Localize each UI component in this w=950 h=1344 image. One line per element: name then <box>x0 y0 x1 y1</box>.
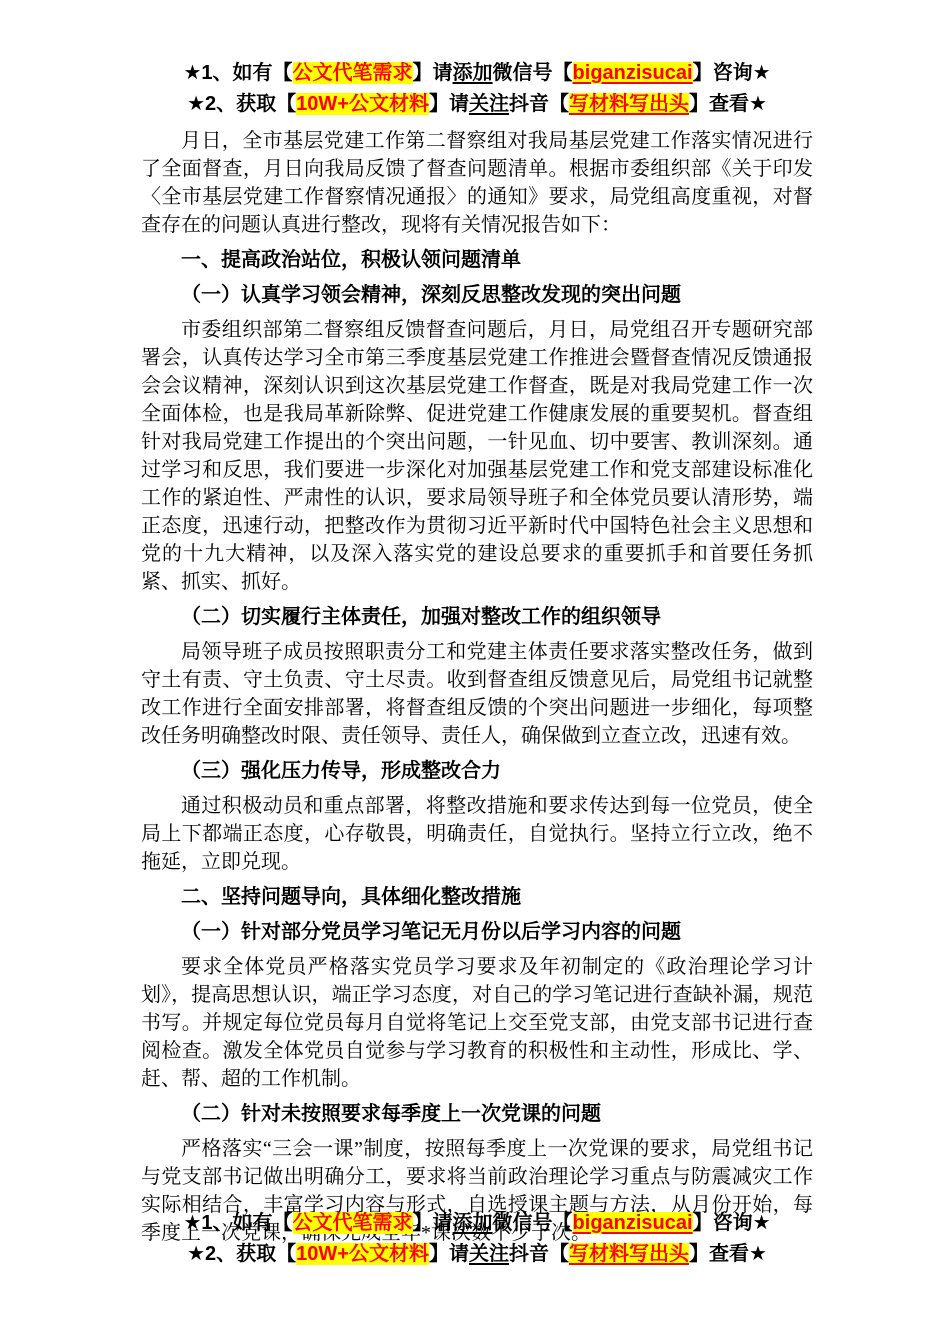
section-heading: 二、坚持问题导向，具体细化整改措施 <box>141 883 813 911</box>
promo-text: 关注 <box>469 1243 509 1265</box>
promo-text: ★2、获取【 <box>187 1243 296 1265</box>
promo-text: 】请 <box>413 1212 453 1234</box>
promo-text: ★1、如有【 <box>183 62 292 84</box>
promo-banner-bottom: ★1、如有【公文代笔需求】请添加微信号【biganzisucai】咨询★★2、获… <box>141 1208 813 1270</box>
page-content: ★1、如有【公文代笔需求】请添加微信号【biganzisucai】咨询★★2、获… <box>141 58 813 1247</box>
promo-text: 】请 <box>429 1243 469 1265</box>
promo-text: 添加 <box>453 1212 493 1234</box>
promo-text: 】咨询★ <box>693 1212 771 1234</box>
promo-highlight-text: 10W+公文材料 <box>296 93 429 115</box>
promo-text: 微信号【 <box>493 62 573 84</box>
promo-highlight-text: 公文代笔需求 <box>293 62 413 84</box>
promo-text: 】请 <box>413 62 453 84</box>
subsection-heading: （三）强化压力传导，形成整改合力 <box>141 757 813 785</box>
promo-text: 抖音【 <box>509 1243 569 1265</box>
promo-highlight-text: 写材料写出头 <box>569 1243 689 1265</box>
promo-text: 抖音【 <box>509 93 569 115</box>
subsection-heading: （二）切实履行主体责任，加强对整改工作的组织领导 <box>141 603 813 631</box>
subsection-heading: （二）针对未按照要求每季度上一次党课的问题 <box>141 1100 813 1128</box>
promo-highlight-text: 公文代笔需求 <box>293 1212 413 1234</box>
subsection-heading: （一）针对部分党员学习笔记无月份以后学习内容的问题 <box>141 918 813 946</box>
promo-text: 】查看★ <box>689 93 767 115</box>
promo-banner-top: ★1、如有【公文代笔需求】请添加微信号【biganzisucai】咨询★★2、获… <box>141 58 813 120</box>
promo-line: ★2、获取【10W+公文材料】请关注抖音【写材料写出头】查看★ <box>141 89 813 120</box>
promo-text: ★2、获取【 <box>187 93 296 115</box>
document-page: ★1、如有【公文代笔需求】请添加微信号【biganzisucai】咨询★★2、获… <box>0 0 950 1344</box>
promo-text: ★1、如有【 <box>183 1212 292 1234</box>
promo-line: ★1、如有【公文代笔需求】请添加微信号【biganzisucai】咨询★ <box>141 58 813 89</box>
promo-highlight-text: biganzisucai <box>573 62 693 84</box>
promo-highlight-text: 10W+公文材料 <box>296 1243 429 1265</box>
promo-text: 】咨询★ <box>693 62 771 84</box>
promo-text: 】请 <box>429 93 469 115</box>
section-heading: 一、提高政治站位，积极认领问题清单 <box>141 246 813 274</box>
promo-highlight-text: biganzisucai <box>573 1212 693 1234</box>
paragraph: 局领导班子成员按照职责分工和党建主体责任要求落实整改任务，做到守土有责、守土负责… <box>141 638 813 750</box>
promo-line: ★2、获取【10W+公文材料】请关注抖音【写材料写出头】查看★ <box>141 1239 813 1270</box>
promo-text: 微信号【 <box>493 1212 573 1234</box>
paragraph: 市委组织部第二督察组反馈督查问题后，月日，局党组召开专题研究部署会，认真传达学习… <box>141 316 813 596</box>
promo-text: 添加 <box>453 62 493 84</box>
paragraph: 月日，全市基层党建工作第二督察组对我局基层党建工作落实情况进行了全面督查，月日向… <box>141 127 813 239</box>
promo-text: 】查看★ <box>689 1243 767 1265</box>
promo-highlight-text: 写材料写出头 <box>569 93 689 115</box>
promo-line: ★1、如有【公文代笔需求】请添加微信号【biganzisucai】咨询★ <box>141 1208 813 1239</box>
promo-text: 关注 <box>469 93 509 115</box>
paragraph: 要求全体党员严格落实党员学习要求及年初制定的《政治理论学习计划》，提高思想认识，… <box>141 953 813 1093</box>
paragraph: 通过积极动员和重点部署，将整改措施和要求传达到每一位党员，使全局上下都端正态度，… <box>141 792 813 876</box>
document-body: 月日，全市基层党建工作第二督察组对我局基层党建工作落实情况进行了全面督查，月日向… <box>141 127 813 1247</box>
subsection-heading: （一）认真学习领会精神，深刻反思整改发现的突出问题 <box>141 281 813 309</box>
